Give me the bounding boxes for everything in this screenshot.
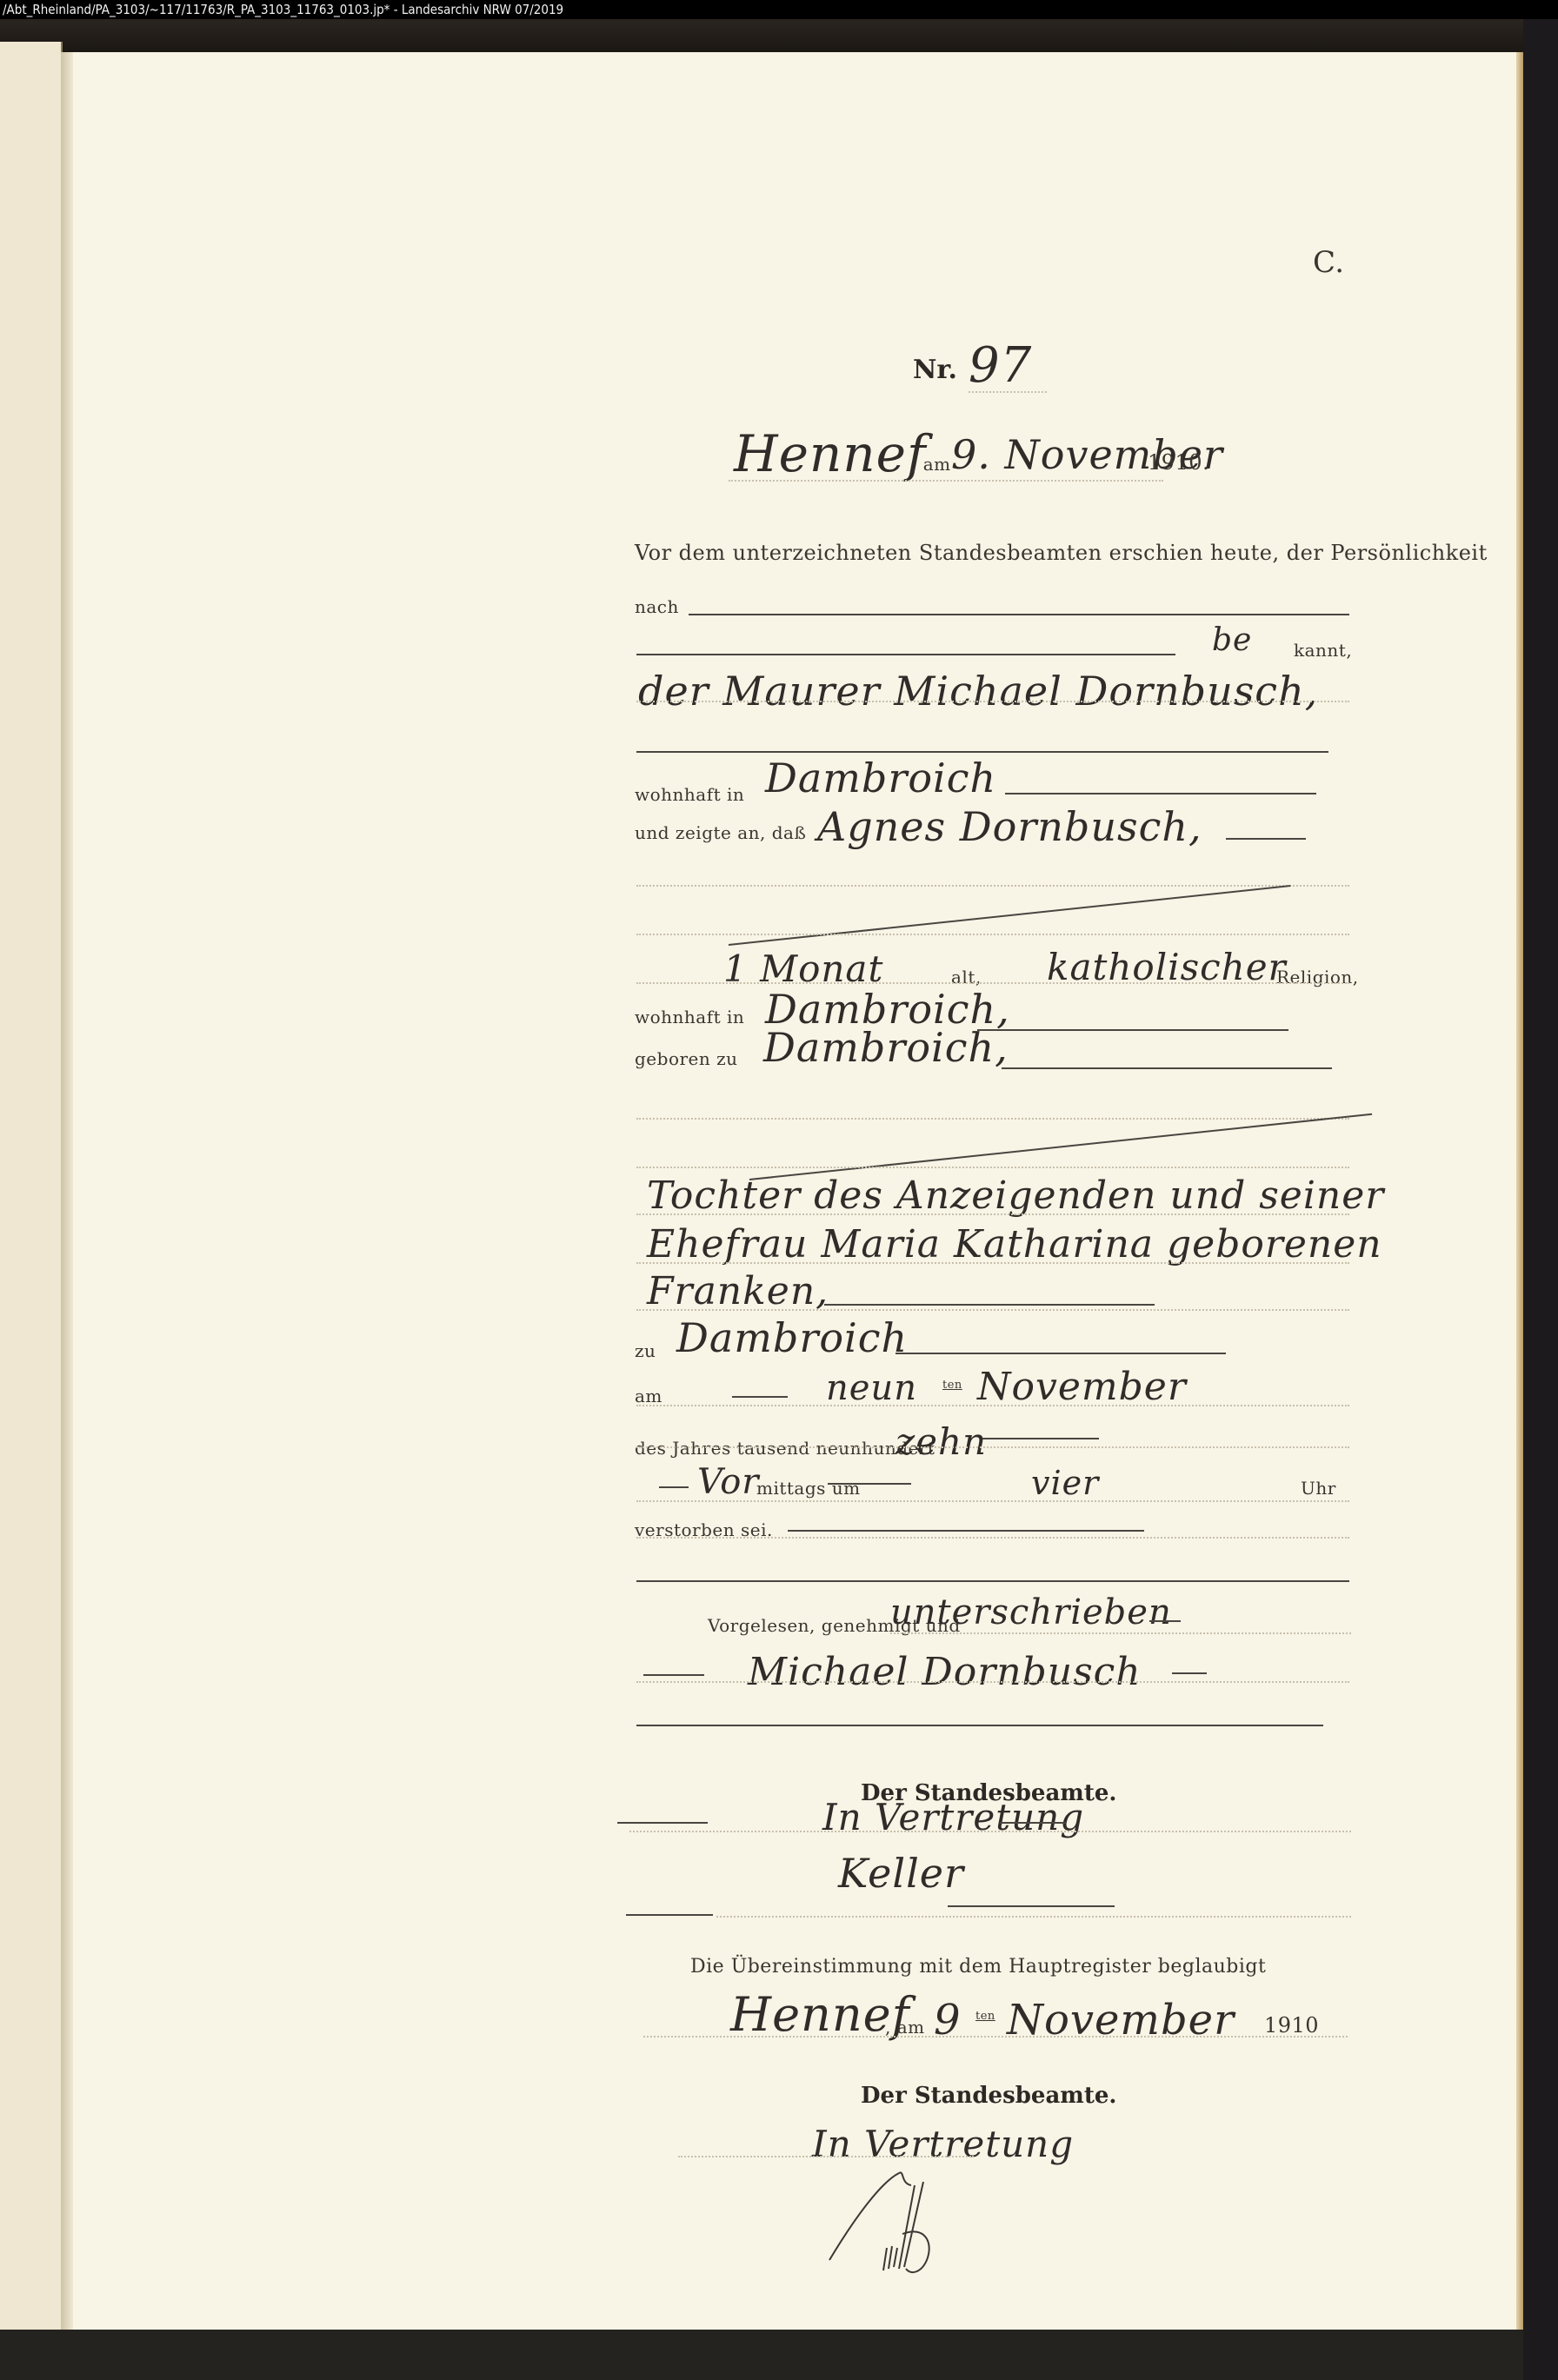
birthplace-label: geboren zu (635, 1048, 738, 1069)
informant-residence: Dambroich (765, 755, 996, 801)
time-label: mittags um (756, 1478, 861, 1499)
window-title: /Abt_Rheinland/PA_3103/~117/11763/R_PA_3… (3, 2, 563, 17)
register-page: C. Nr. 97 Hennef , am 9. November 1910. … (73, 52, 1516, 2330)
relation-line-1: Tochter des Anzeigenden und seiner (647, 1173, 1384, 1218)
record-number: 97 (969, 337, 1032, 394)
informant-name: der Maurer Michael Dornbusch, (638, 668, 1318, 715)
record-place: Hennef (734, 424, 926, 483)
cert-year: 1910 (1264, 2013, 1319, 2038)
window-title-bar: /Abt_Rheinland/PA_3103/~117/11763/R_PA_3… (0, 0, 1558, 19)
death-place-label: zu (635, 1340, 656, 1361)
cert-date-prefix: , am (885, 2017, 925, 2038)
religion-label: Religion, (1276, 967, 1359, 987)
birthplace: Dambroich, (763, 1024, 1009, 1071)
reported-label: und zeigte an, daß (635, 822, 806, 843)
death-day-label: am (635, 1386, 662, 1406)
cert-place: Hennef (730, 1987, 910, 2042)
record-year: 1910. (1148, 450, 1209, 475)
left-page-edge (0, 42, 63, 2330)
relation-line-2: Ehefrau Maria Katharina geborenen (647, 1222, 1382, 1266)
death-day: neun (826, 1368, 917, 1408)
death-year-word: zehn (896, 1420, 987, 1463)
deceased-residence-label: wohnhaft in (635, 1007, 744, 1027)
death-hour: vier (1031, 1464, 1099, 1502)
official-signature: Keller (838, 1850, 964, 1897)
certification-text: Die Übereinstimmung mit dem Hauptregiste… (690, 1956, 1266, 1978)
date-prefix: , am (911, 454, 951, 475)
cert-signature-scribble (821, 2164, 960, 2286)
cert-deputy: In Vertretung (812, 2123, 1074, 2165)
time-prefix: Vor (697, 1462, 759, 1502)
nach-label: nach (635, 596, 679, 617)
number-label: Nr. (913, 355, 957, 385)
read-approved-handwritten: unterschrieben (890, 1592, 1172, 1632)
cert-ten-label: ten (975, 2010, 995, 2023)
informant-residence-label: wohnhaft in (635, 784, 744, 805)
book-gutter (61, 52, 73, 2330)
book-cover-right (1523, 19, 1558, 2380)
death-place: Dambroich (676, 1314, 908, 1361)
deceased-name: Agnes Dornbusch, (817, 803, 1202, 850)
known-label: kannt, (1294, 640, 1352, 661)
cert-official-heading: Der Standesbeamte. (861, 2083, 1116, 2109)
age-label: alt, (951, 967, 982, 987)
section-letter: C. (1313, 245, 1345, 280)
book-cover-bottom (0, 2330, 1558, 2380)
year-label: des Jahres tausend neunhundert (635, 1438, 935, 1459)
known-handwritten: be (1212, 622, 1252, 658)
death-month: November (977, 1365, 1187, 1409)
informant-signature: Michael Dornbusch (748, 1650, 1142, 1694)
relation-line-3: Franken, (647, 1269, 829, 1313)
book-cover-top (0, 19, 1558, 54)
intro-text: Vor dem unterzeichneten Standesbeamten e… (635, 541, 1488, 565)
hour-label: Uhr (1301, 1478, 1336, 1499)
ten-label: ten (942, 1379, 962, 1392)
